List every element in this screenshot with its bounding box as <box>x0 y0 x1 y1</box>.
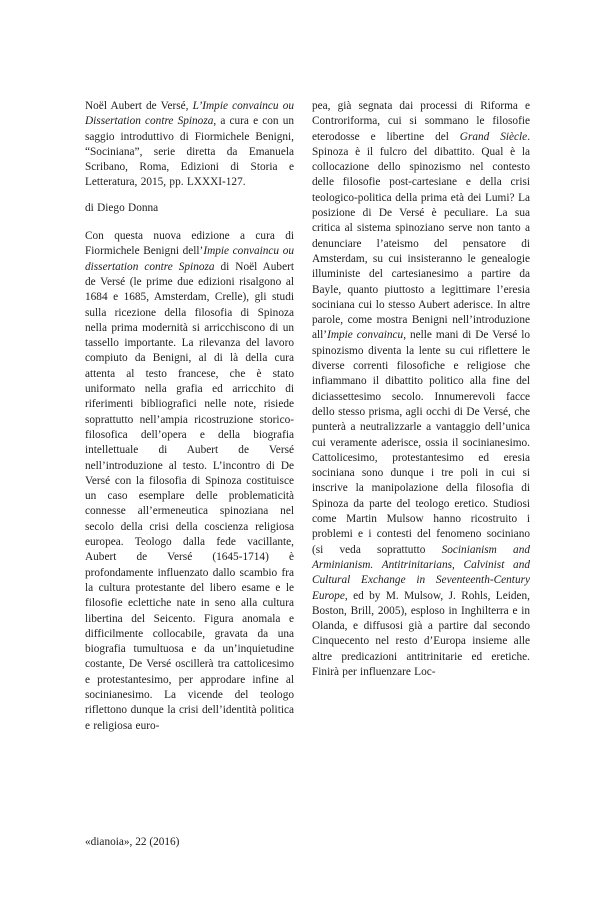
journal-footer: «dianoia», 22 (2016) <box>85 835 179 850</box>
right-column: pea, già segnata dai processi di Riforma… <box>312 99 530 734</box>
text-run: di Noël Aubert de Versé (le prime due ed… <box>85 261 294 732</box>
review-author-byline: di Diego Donna <box>85 201 294 216</box>
text-run: . Spinoza è il fulcro del dibattito. Qua… <box>312 131 530 342</box>
italic-text-run: Impie convaincu <box>327 329 403 341</box>
review-text-left: Con questa nuova edizione a cura di Fior… <box>85 229 294 734</box>
left-column: Noël Aubert de Versé, L’Impie convaincu … <box>85 99 294 734</box>
book-reference: Noël Aubert de Versé, L’Impie convaincu … <box>85 99 294 191</box>
text-run: Noël Aubert de Versé, <box>85 100 193 112</box>
text-run: , ed by M. Mulsow, J. Rohls, Leiden, Bos… <box>312 590 530 678</box>
review-text-right: pea, già segnata dai processi di Riforma… <box>312 99 530 680</box>
text-run: , nelle mani di De Versé lo spinozismo d… <box>312 329 530 555</box>
italic-text-run: Grand Siècle <box>460 131 527 143</box>
journal-page: Noël Aubert de Versé, L’Impie convaincu … <box>0 0 605 907</box>
two-column-text-block: Noël Aubert de Versé, L’Impie convaincu … <box>85 99 530 734</box>
